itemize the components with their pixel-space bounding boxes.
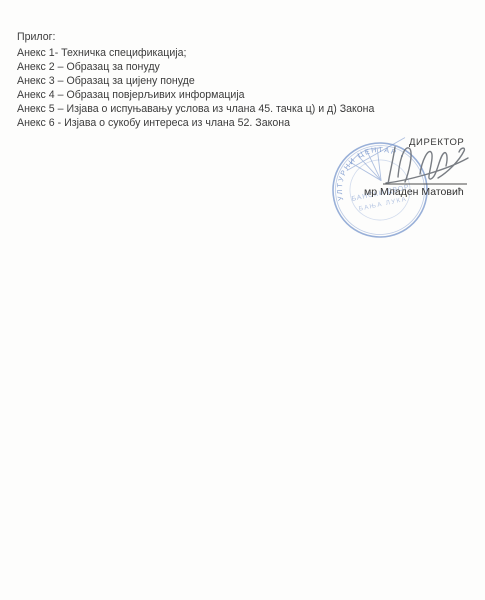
annex-line-5: Анекс 5 – Изјава о испуњавању услова из …: [17, 102, 374, 116]
annex-line-6: Анекс 6 - Изјава о сукобу интереса из чл…: [17, 116, 374, 130]
annex-line-4: Анекс 4 – Образац повјерљивих информациј…: [17, 88, 374, 102]
director-title: ДИРЕКТОР: [409, 137, 464, 148]
signatory-name: мр Младен Матовић: [364, 186, 464, 198]
annex-line-2: Анекс 2 – Образац за понуду: [17, 60, 374, 74]
annex-line-1: Анекс 1- Техничка спецификација;: [17, 46, 374, 60]
scanned-document-page: Прилог: Анекс 1- Техничка спецификација;…: [0, 0, 485, 600]
signature-strokes: [386, 147, 468, 184]
attachments-section: Прилог: Анекс 1- Техничка спецификација;…: [17, 30, 374, 130]
attachments-heading: Прилог:: [17, 30, 374, 44]
annex-line-3: Анекс 3 – Образац за цијену понуде: [17, 74, 374, 88]
